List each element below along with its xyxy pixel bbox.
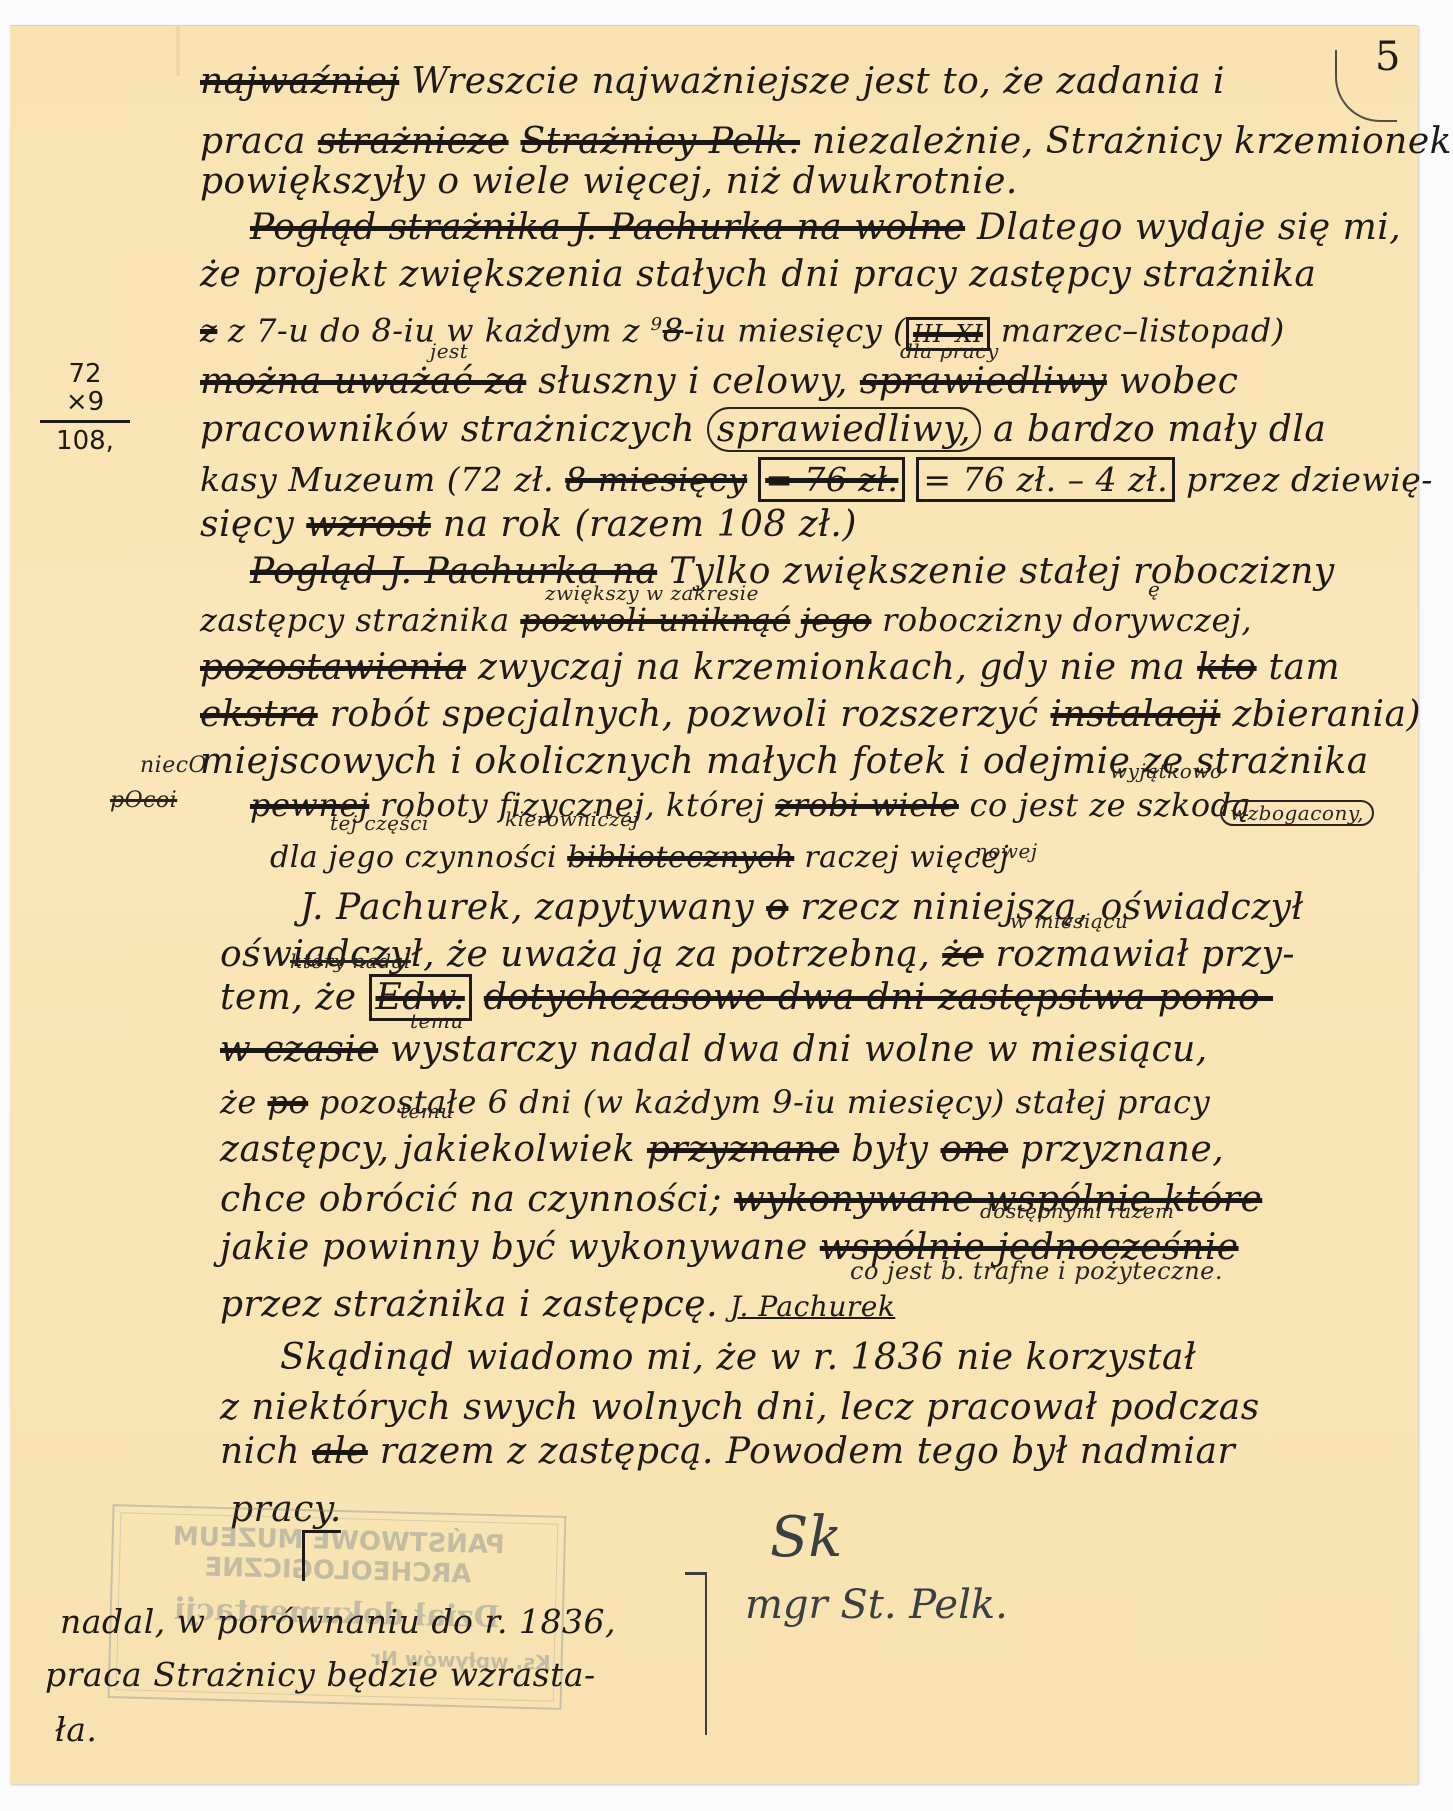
text-line-13: pozostawienia zwyczaj na krzemionkach, g… xyxy=(200,648,1340,688)
line-text: co jest ze szkodą xyxy=(970,786,1252,824)
line-text: przyznane, xyxy=(1020,1129,1224,1170)
struck-phrase: 8 miesięcy xyxy=(565,460,747,499)
struck-word: strażnicze xyxy=(318,121,509,162)
line-text: J. Pachurek, zapytywany xyxy=(300,887,754,928)
line-text: Dlatego wydaje się mi, xyxy=(977,207,1401,248)
circled-insertion: wzbogacony, xyxy=(1220,800,1374,826)
text-line-8: pracowników strażniczych sprawiedliwy, a… xyxy=(200,410,1326,450)
page-number-value: 5 xyxy=(1375,34,1400,80)
struck-phrase: Pogląd strażnika J. Pachurka na wolne xyxy=(250,207,965,248)
text-line-3: powiększyły o wiele więcej, niż dwukrotn… xyxy=(200,162,1018,202)
line-text: Wreszcie najważniejsze jest to, że zadan… xyxy=(411,61,1225,102)
line-text: Tylko zwiększenie stałej roboczizny xyxy=(669,551,1335,592)
struck-word: po xyxy=(267,1083,308,1121)
struck-word: one xyxy=(940,1129,1008,1170)
line-text: raczej więcej xyxy=(804,840,1009,875)
text-line-5: że projekt zwiększenia stałych dni pracy… xyxy=(200,255,1316,295)
footnote-line-3: ła. xyxy=(55,1710,97,1750)
line-text: przez dziewię- xyxy=(1186,460,1433,499)
boxed-amount: = 76 zł. – 4 zł. xyxy=(916,457,1175,502)
struck-word: sprawiedliwy xyxy=(860,361,1107,402)
line-text: marzec–listopad) xyxy=(1001,312,1285,350)
insertion-above-line-16: wyjątkowo xyxy=(1110,760,1222,782)
struck-word: jego xyxy=(801,601,872,639)
struck-phrase: można uważać za xyxy=(200,361,526,402)
line-text: rozmawiał przy- xyxy=(996,934,1296,975)
signature-initials: Sk xyxy=(770,1505,842,1570)
struck-phrase: zrobi wiele xyxy=(775,786,959,824)
line-text: zbierania) xyxy=(1232,694,1421,735)
line-text: że xyxy=(220,1083,257,1121)
line-text: razem z zastępcą. Powodem tego był nadmi… xyxy=(380,1431,1235,1472)
margin-note-inserted: niecO xyxy=(140,755,207,777)
line-text: nich xyxy=(220,1431,300,1472)
text-line-20: tem, że Edw. dotychczasowe dwa dni zastę… xyxy=(220,978,1273,1018)
text-line-28: Skądinąd wiadomo mi, że w r. 1836 nie ko… xyxy=(280,1338,1196,1378)
calc-result: 108, xyxy=(40,427,130,455)
line-text: wystarczy nadal dwa dni wolne w miesiącu… xyxy=(390,1029,1208,1070)
line-text: roboczizny dorywczej, xyxy=(882,601,1252,639)
text-line-21: w czasie wystarczy nadal dwa dni wolne w… xyxy=(220,1030,1208,1070)
line-text: były xyxy=(851,1129,928,1170)
line-text: pracowników strażniczych xyxy=(200,409,695,450)
struck-word: o xyxy=(766,887,788,928)
struck-word: przyznane xyxy=(647,1129,839,1170)
line-text: robót specjalnych, pozwoli rozszerzyć xyxy=(330,694,1039,735)
calc-rule xyxy=(40,420,130,423)
insertion-above-line-7a: jest xyxy=(430,340,468,362)
text-line-18: J. Pachurek, zapytywany o rzecz niniejsz… xyxy=(300,888,1304,928)
line-text: zastępcy strażnika xyxy=(200,601,510,639)
insertion-line-25: dostępnymi razem xyxy=(980,1200,1175,1222)
line-text: jakie powinny być wykonywane xyxy=(220,1227,808,1268)
signature-name: mgr St. Pelk. xyxy=(745,1582,1008,1628)
line-text: kasy Muzeum (72 zł. xyxy=(200,460,554,499)
line-text: wobec xyxy=(1119,361,1239,402)
struck-phrase: w czasie xyxy=(220,1029,378,1070)
footnote-line-1: nadal, w porównaniu do r. 1836, xyxy=(60,1602,616,1642)
line-text: tem, że xyxy=(220,977,357,1018)
struck-word: wzrost xyxy=(306,504,431,545)
text-line-6: z z 7-u do 8-iu w każdym z 98-iu miesięc… xyxy=(200,305,1285,354)
insertion-above-line-12b: ę xyxy=(1148,578,1160,600)
insertion-line-23: temu xyxy=(400,1100,454,1122)
struck-word: kto xyxy=(1197,647,1256,688)
text-line-11: Pogląd J. Pachurka na Tylko zwiększenie … xyxy=(250,552,1335,592)
struck-phrase: dotychczasowe dwa dni zastępstwa pomo- xyxy=(484,977,1273,1018)
footnote-line-2: praca Strażnicy będzie wzrasta- xyxy=(45,1655,596,1695)
text-line-27: przez strażnika i zastępcę. J. Pachurek xyxy=(220,1285,895,1327)
paper-fold xyxy=(175,26,181,76)
line-text: Skądinąd wiadomo mi, że w r. 1836 nie ko… xyxy=(280,1337,1196,1378)
struck-word: najwaźniej xyxy=(200,61,399,102)
struck-phrase: pozwoli uniknąć xyxy=(520,601,790,639)
line-text: niezależnie, Strażnicy krzemionek xyxy=(812,121,1452,162)
line-text: dla jego czynności xyxy=(270,840,557,875)
calc-multiplier: ×9 xyxy=(40,388,130,416)
struck-word: bibliotecznych xyxy=(567,840,794,875)
struck-word: ekstra xyxy=(200,694,318,735)
line-text: zwyczaj na krzemionkach, gdy nie ma xyxy=(478,647,1185,688)
text-line-17: dla jego czynności bibliotecznych raczej… xyxy=(270,838,1009,878)
line-text: -iu miesięcy ( xyxy=(683,312,906,350)
bracketed-name: J. Pachurek xyxy=(730,1290,895,1323)
text-line-14: ekstra robót specjalnych, pozwoli rozsze… xyxy=(200,695,1421,735)
text-line-7: można uważać za słuszny i celowy, sprawi… xyxy=(200,362,1238,402)
text-line-10: sięcy wzrost na rok (razem 108 zł.) xyxy=(200,505,857,545)
inserted-superscript: 9 xyxy=(651,314,663,335)
line-text: a bardzo mały dla xyxy=(993,409,1326,450)
insertion-line-20a: który nadal xyxy=(290,950,411,972)
text-line-23: zastępcy, jakiekolwiek przyznane były on… xyxy=(220,1130,1224,1170)
struck-word: z xyxy=(200,312,217,350)
line-text: praca xyxy=(200,121,306,162)
line-text: z niektórych swych wolnych dni, lecz pra… xyxy=(220,1387,1260,1428)
signature-bracket xyxy=(685,1572,707,1735)
struck-word: ale xyxy=(312,1431,368,1472)
line-text: zastępcy, jakiekolwiek xyxy=(220,1129,635,1170)
struck-word: 8 xyxy=(663,312,684,350)
line-text: sięcy xyxy=(200,504,294,545)
circled-word: sprawiedliwy, xyxy=(707,407,981,452)
text-line-9: kasy Muzeum (72 zł. 8 miesięcy = 76 zł. … xyxy=(200,460,1433,500)
line-text: na rok (razem 108 zł.) xyxy=(443,504,857,545)
text-line-12: zastępcy strażnika pozwoli uniknąć jego … xyxy=(200,600,1252,640)
line-text: słuszny i celowy, xyxy=(538,361,848,402)
text-line-1: najwaźniej Wreszcie najważniejsze jest t… xyxy=(200,62,1225,102)
page-number: 5 xyxy=(1335,40,1425,120)
insertion-line-17a: tej części xyxy=(330,812,429,834)
insertion-line-20b: w miesiącu xyxy=(1010,910,1128,932)
struck-word: że xyxy=(942,934,983,975)
line-text: powiększyły o wiele więcej, niż dwukrotn… xyxy=(200,161,1018,202)
line-text: tam xyxy=(1269,647,1341,688)
struck-word: Strażnicy Pelk. xyxy=(520,121,800,162)
struck-word: instalacji xyxy=(1050,694,1220,735)
calc-operand: 72 xyxy=(40,360,130,388)
margin-calculation: 72 ×9 108, xyxy=(40,360,130,455)
text-line-29: z niektórych swych wolnych dni, lecz pra… xyxy=(220,1388,1260,1428)
insertion-above-line-7b: dla pracy xyxy=(900,340,999,362)
struck-word: pozostawienia xyxy=(200,647,466,688)
line-text: że projekt zwiększenia stałych dni pracy… xyxy=(200,254,1316,295)
text-line-2: praca strażnicze Strażnicy Pelk. niezale… xyxy=(200,122,1452,162)
margin-note-deleted: pOcoi xyxy=(110,790,177,812)
text-line-30: nich ale razem z zastępcą. Powodem tego … xyxy=(220,1432,1235,1472)
text-line-4: Pogląd strażnika J. Pachurka na wolne Dl… xyxy=(250,208,1401,248)
line-text: chce obrócić na czynności; xyxy=(220,1179,722,1220)
insertion-mark xyxy=(302,1530,341,1581)
line-text: przez strażnika i zastępcę. xyxy=(220,1284,718,1325)
insertion-line-17b: kierowniczej xyxy=(505,808,639,830)
insertion-line-26: co jest b. trafne i pożyteczne. xyxy=(850,1260,1223,1282)
text-line-22: że po pozostałe 6 dni (w każdym 9-iu mie… xyxy=(220,1082,1210,1122)
struck-boxed-amount: = 76 zł. xyxy=(758,457,905,502)
